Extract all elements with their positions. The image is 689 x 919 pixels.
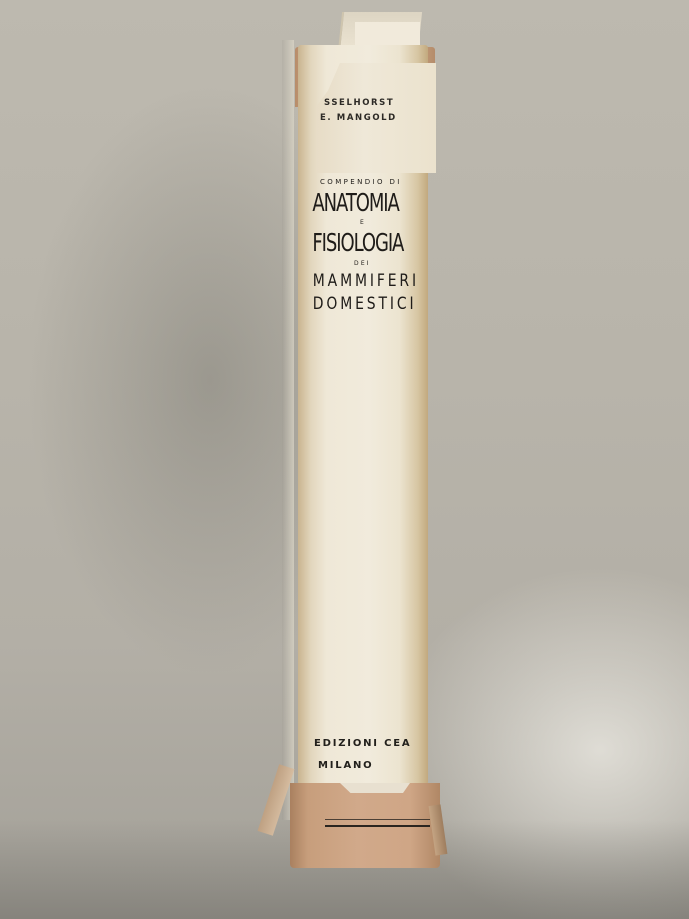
title-line-fisiologia: FISIOLOGIA: [298, 228, 399, 258]
bottom-paper-wrap: [290, 783, 440, 868]
book-spine: SSELHORST E. MANGOLD COMPENDIO DI ANATOM…: [298, 45, 428, 785]
title-line-anatomia: ANATOMIA: [298, 188, 399, 218]
title-line-mammiferi: MAMMIFERI: [298, 270, 413, 293]
book: SSELHORST E. MANGOLD COMPENDIO DI ANATOM…: [290, 35, 440, 865]
publisher-city: MILANO: [318, 755, 438, 777]
publisher: EDIZIONI CEA MILANO: [318, 733, 438, 777]
author-1: SSELHORST: [310, 96, 430, 111]
title-line-compendio: COMPENDIO DI: [298, 176, 438, 188]
title-line-dei: DEI: [298, 258, 438, 270]
publisher-name: EDIZIONI CEA: [314, 733, 438, 755]
author-2: E. MANGOLD: [310, 111, 430, 126]
spine-title: COMPENDIO DI ANATOMIA E FISIOLOGIA DEI M…: [298, 176, 438, 316]
torn-jacket-bottom: [340, 783, 410, 793]
decorative-rule-thick: [325, 825, 430, 827]
torn-jacket-flap: [355, 22, 420, 47]
title-line-e: E: [298, 218, 438, 228]
authors: SSELHORST E. MANGOLD: [310, 96, 430, 126]
decorative-rule-thin: [325, 819, 430, 820]
title-line-domestici: DOMESTICI: [298, 293, 413, 316]
